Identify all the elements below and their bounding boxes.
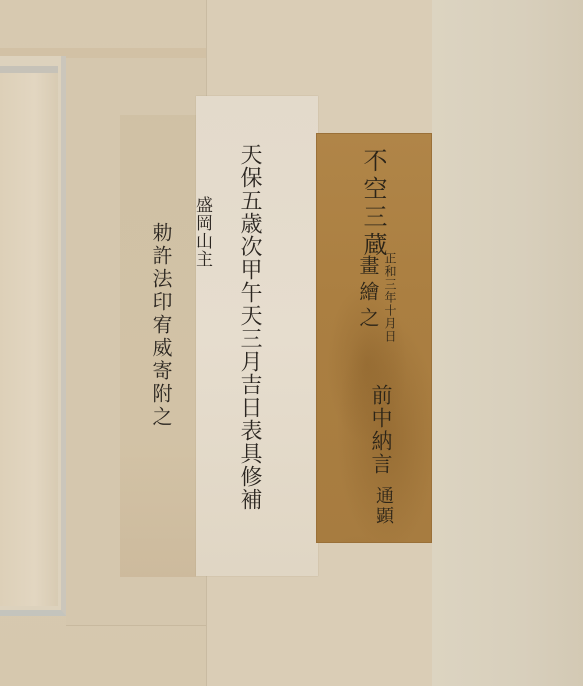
left-panel-inner-sheet bbox=[0, 66, 58, 606]
mounting-paper-right bbox=[432, 0, 583, 686]
label-signature: 前中納言 bbox=[366, 384, 396, 476]
tenpo-repair-inscription: 天保五歳次甲午天三月吉日表具修補 bbox=[238, 143, 260, 511]
morioka-inscription: 盛岡山主 bbox=[190, 196, 215, 268]
label-date: 正和三年十月日 bbox=[382, 252, 399, 343]
label-painted: 畫繪之 bbox=[354, 255, 383, 333]
label-name: 通顕 bbox=[370, 486, 396, 526]
label-title: 不空三蔵 bbox=[356, 148, 391, 260]
donation-inscription: 勅許法印宥威寄附之 bbox=[147, 222, 176, 429]
